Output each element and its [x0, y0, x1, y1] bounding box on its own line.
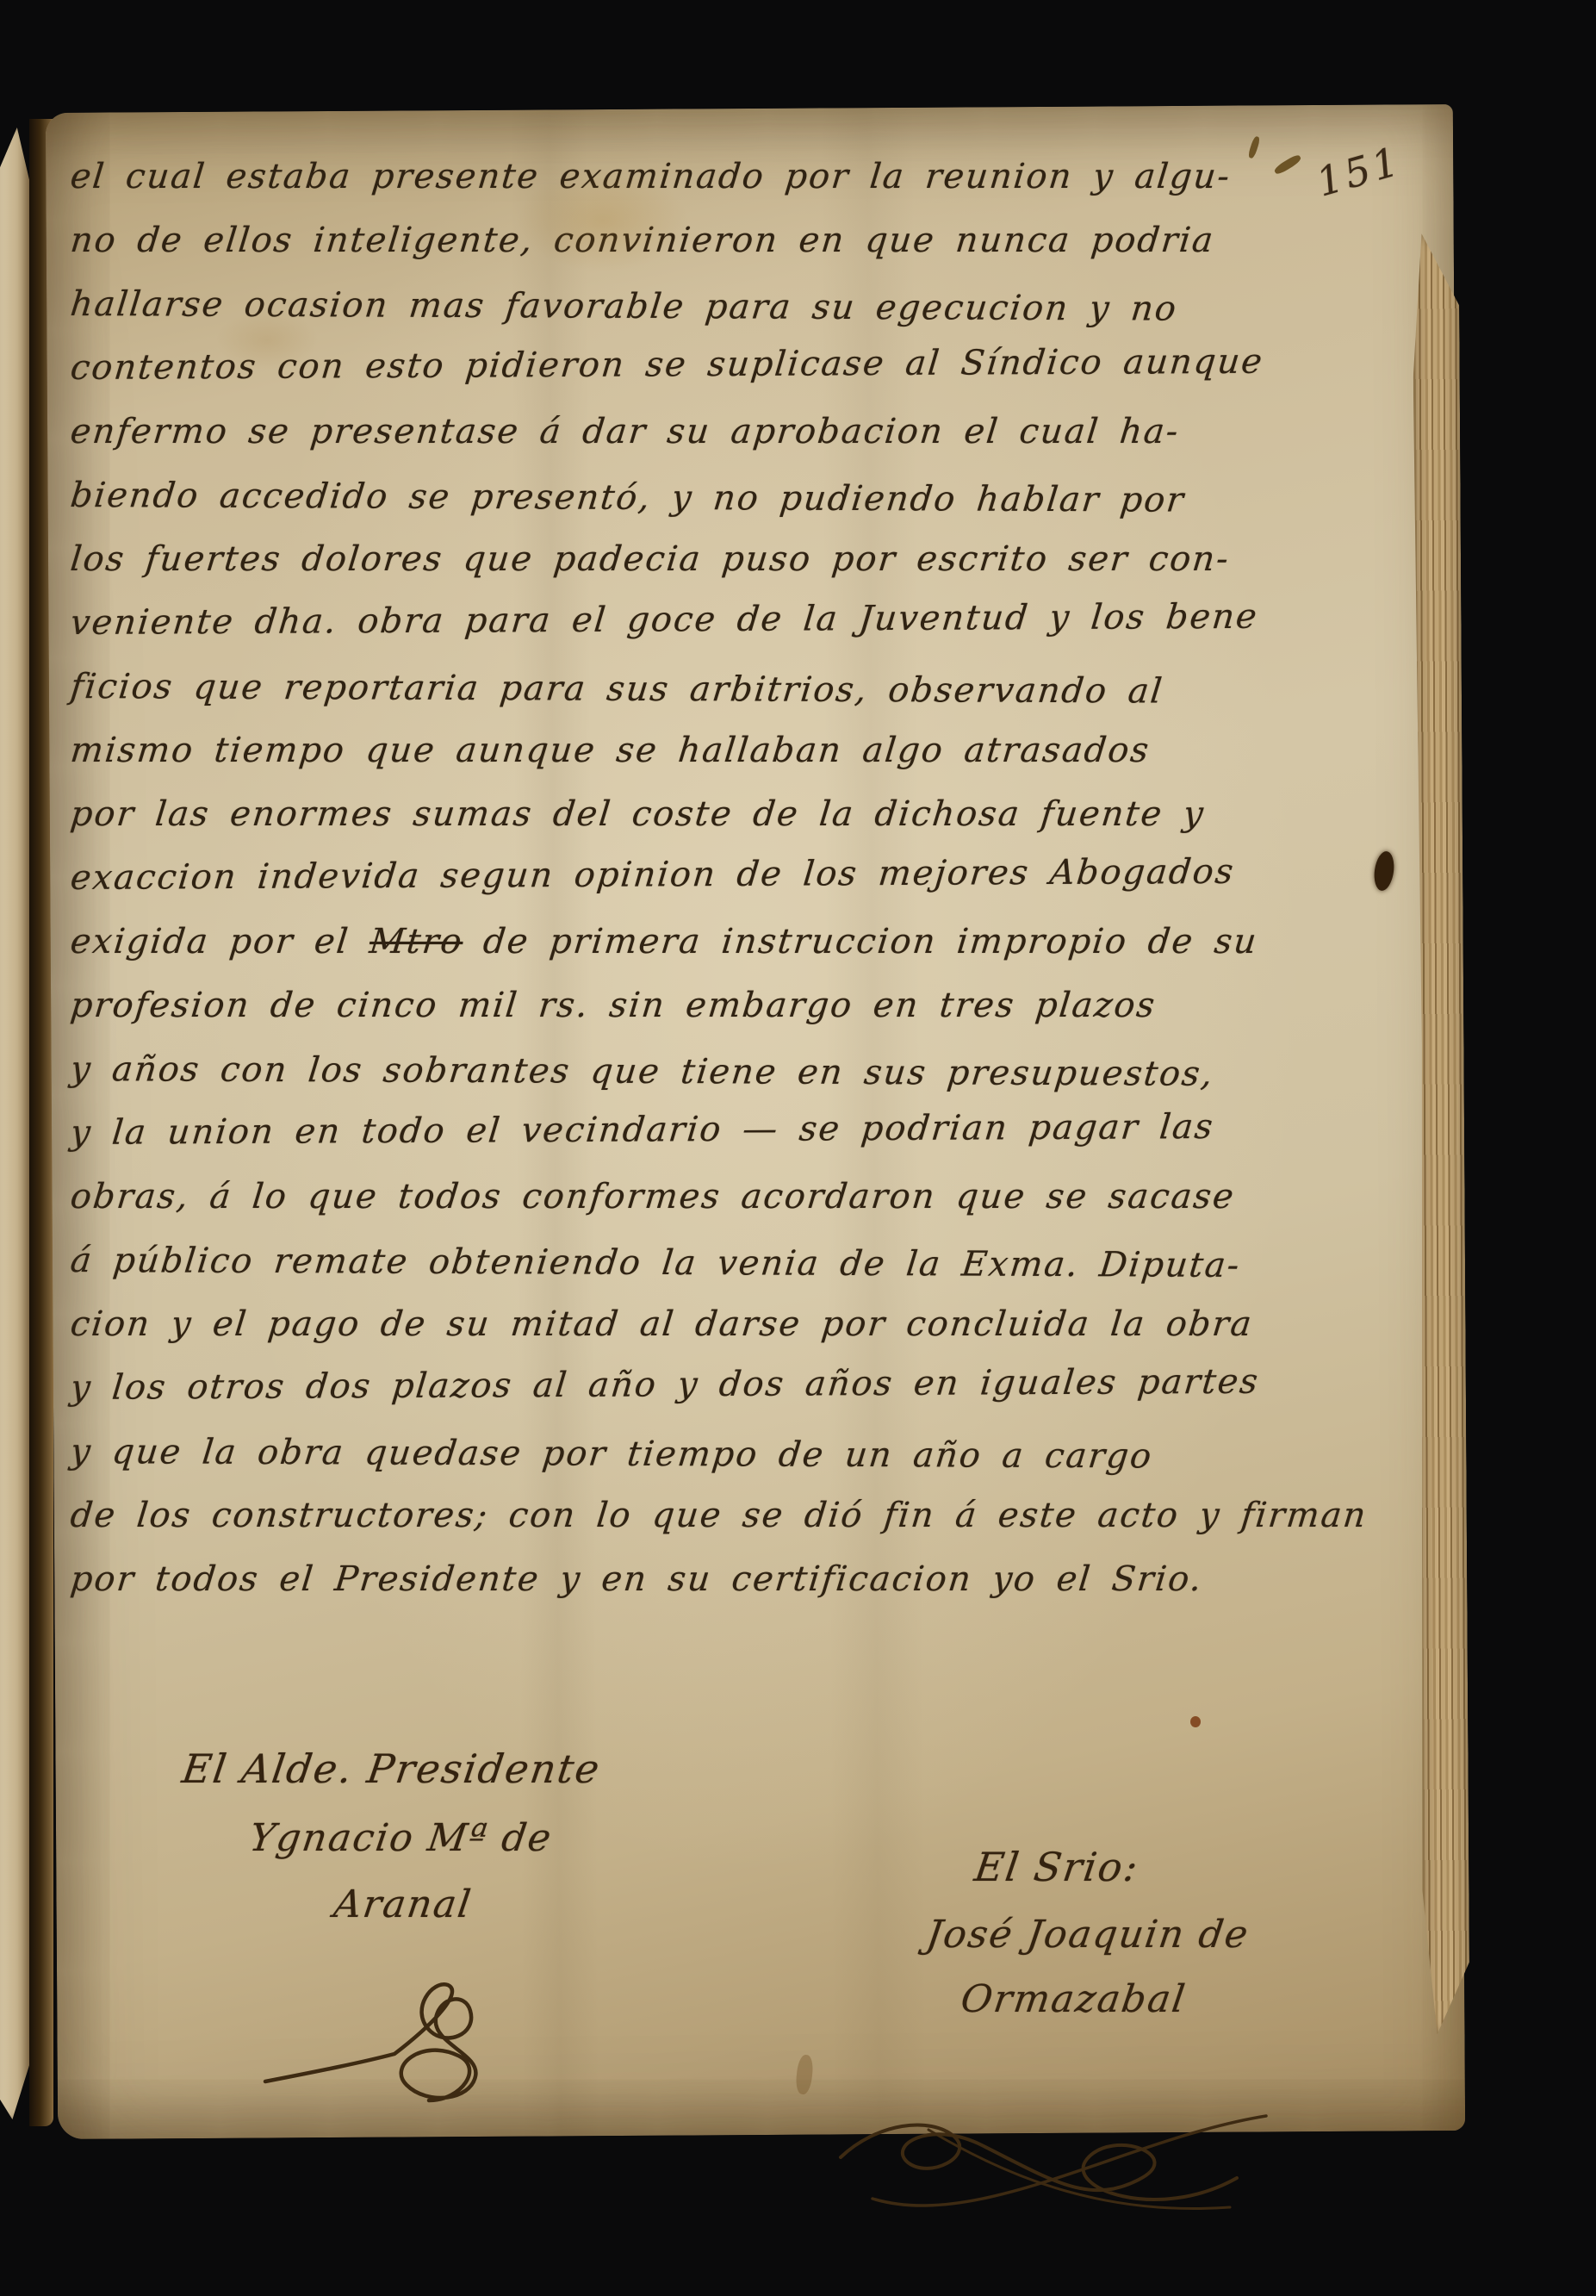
- foxing-stain: [215, 310, 319, 370]
- manuscript-line: profesion de cinco mil rs. sin embargo e…: [67, 974, 1347, 1037]
- manuscript-line: enfermo se presentase á dar su aprobacio…: [67, 400, 1347, 464]
- foxing-stain: [517, 169, 689, 272]
- signature-rubric-right: [825, 2078, 1290, 2242]
- manuscript-line: por las enormes sumas del coste de la di…: [67, 782, 1347, 846]
- signature-block-secretary: El Srio: José Joaquin de Ormazabal: [927, 1844, 1249, 2021]
- manuscript-line: ficios que reportaria para sus arbitrios…: [67, 655, 1346, 724]
- manuscript-line: el cual estaba presente examinado por la…: [67, 145, 1347, 208]
- line-13-pre: exigida por el: [69, 922, 372, 961]
- manuscript-line: y la union en todo el vecindario — se po…: [67, 1094, 1347, 1165]
- struck-out-word: Mtro: [368, 922, 465, 961]
- manuscript-line: por todos el Presidente y en su certific…: [67, 1547, 1347, 1611]
- signature-rubric-left: [258, 1971, 517, 2118]
- signature-name: Ygnacio Mª de: [246, 1816, 603, 1860]
- manuscript-line-with-correction: exigida por el Mtro de primera instrucci…: [67, 910, 1347, 974]
- signature-name: José Joaquin de: [923, 1913, 1251, 1957]
- stacked-sheet-edges: [1413, 233, 1470, 2034]
- manuscript-scan: 151 el cual estaba presente examinado po…: [0, 0, 1596, 2296]
- manuscript-line: biendo accedido se presentó, y no pudien…: [67, 464, 1346, 532]
- signature-title: El Alde. Presidente: [179, 1745, 604, 1792]
- manuscript-line: los fuertes dolores que padecia puso por…: [67, 527, 1347, 591]
- manuscript-line: obras, á lo que todos conformes acordaro…: [67, 1165, 1347, 1229]
- signature-name: Ormazabal: [958, 1977, 1251, 2021]
- facing-page-edge: [0, 128, 31, 2119]
- manuscript-line: cion y el pago de su mitad al darse por …: [67, 1292, 1347, 1356]
- line-13-post: de primera instruccion impropio de su: [461, 922, 1260, 961]
- manuscript-line: mismo tiempo que aunque se hallaban algo…: [67, 719, 1347, 782]
- manuscript-line: y que la obra quedase por tiempo de un a…: [67, 1420, 1346, 1489]
- signature-name: Aranal: [331, 1882, 603, 1926]
- manuscript-line: veniente dha. obra para el goce de la Ju…: [67, 584, 1347, 655]
- signature-title: El Srio:: [972, 1844, 1252, 1890]
- manuscript-line: no de ellos inteligente, convinieron en …: [67, 208, 1347, 272]
- manuscript-line: de los constructores; con lo que se dió …: [67, 1484, 1347, 1547]
- manuscript-line: á público remate obteniendo la venia de …: [67, 1229, 1346, 1297]
- manuscript-line: y los otros dos plazos al año y dos años…: [67, 1349, 1347, 1420]
- manuscript-line: exaccion indevida segun opinion de los m…: [67, 839, 1347, 910]
- rust-spot: [1190, 1716, 1201, 1727]
- signature-block-president: El Alde. Presidente Ygnacio Mª de Aranal: [183, 1745, 600, 1926]
